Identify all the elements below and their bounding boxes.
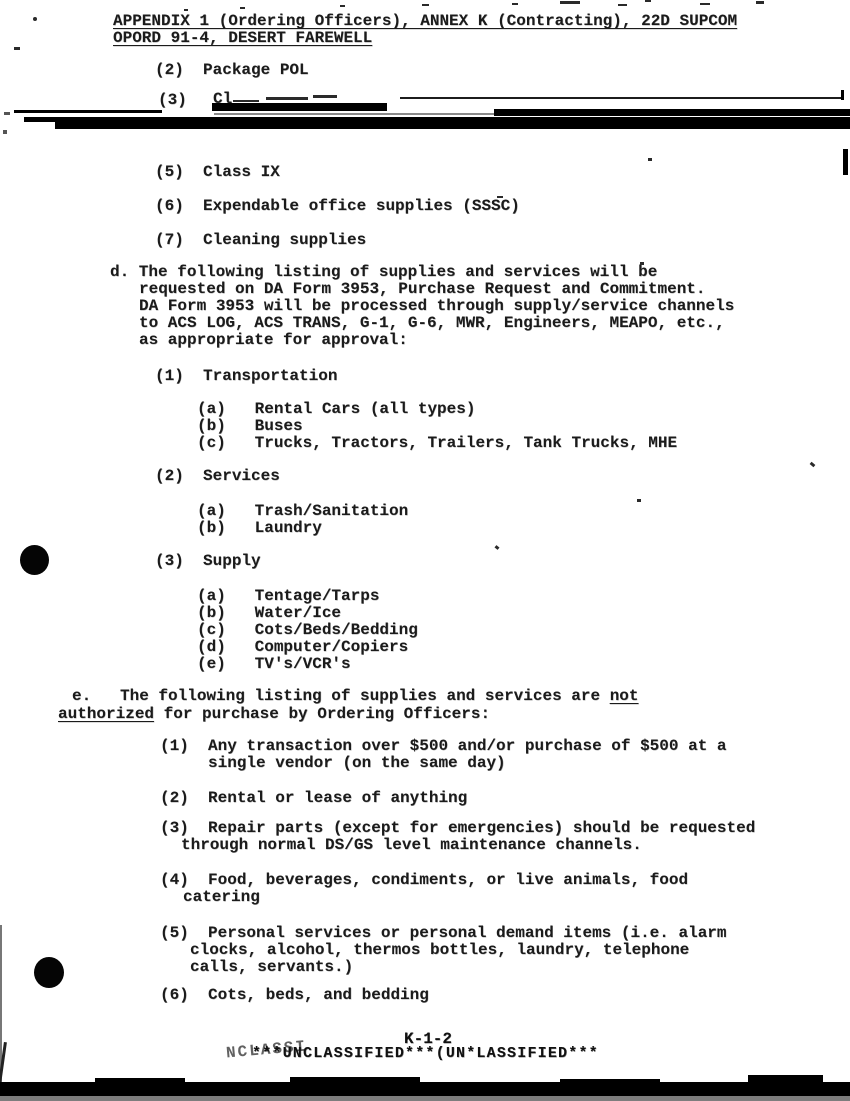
list-item-6-office-supplies: (6) Expendable office supplies (SSSC) <box>155 198 520 215</box>
scan-bottom-bar <box>0 1082 850 1097</box>
scan-speck <box>33 17 37 21</box>
scan-speck <box>512 3 518 5</box>
e-item-1-line-1: (1) Any transaction over $500 and/or pur… <box>160 738 727 755</box>
d-item-3a-tentage: (a) Tentage/Tarps <box>197 588 379 605</box>
appendix-header-line-2: OPORD 91-4, DESERT FAREWELL <box>113 30 372 47</box>
d-item-3e-tvs-vcrs: (e) TV's/VCR's <box>197 656 351 673</box>
scan-speck <box>648 158 652 161</box>
scan-speck <box>756 1 764 4</box>
scan-scribble-dash <box>233 100 259 102</box>
redaction-bar <box>212 103 387 111</box>
hole-punch-mark <box>34 957 64 988</box>
e-item-3-line-2: through normal DS/GS level maintenance c… <box>181 837 642 854</box>
scan-speck <box>560 1 580 4</box>
scan-mark <box>843 149 848 175</box>
scan-bottom-bar <box>748 1075 823 1082</box>
d-item-2a-trash: (a) Trash/Sanitation <box>197 503 408 520</box>
e-item-6-cots-beds: (6) Cots, beds, and bedding <box>160 987 429 1004</box>
para-d-line-2: requested on DA Form 3953, Purchase Requ… <box>139 281 706 298</box>
scan-speck <box>422 4 429 6</box>
d-item-3b-water-ice: (b) Water/Ice <box>197 605 341 622</box>
unclassified-stamp: ***UNCLASSIFIED***(UN*LASSIFIED*** <box>252 1046 599 1062</box>
scan-speck <box>240 7 245 9</box>
scan-scribble-dash <box>266 97 308 100</box>
redaction-bar <box>14 110 162 113</box>
scan-speck <box>4 112 10 115</box>
para-e-line-2: authorized for purchase by Ordering Offi… <box>58 706 490 723</box>
scan-speck <box>645 0 651 2</box>
scan-fold-line <box>214 113 532 115</box>
scan-mark <box>841 90 844 100</box>
para-e-line-1: e. The following listing of supplies and… <box>72 688 639 705</box>
scan-fold-line <box>400 97 842 99</box>
redaction-bar <box>55 121 850 129</box>
scan-speck <box>810 462 816 468</box>
d-item-3d-computers: (d) Computer/Copiers <box>197 639 408 656</box>
e-item-4-line-2: catering <box>183 889 260 906</box>
list-item-2-package-pol: (2) Package POL <box>155 62 309 79</box>
scanned-document-page: APPENDIX 1 (Ordering Officers), ANNEX K … <box>0 0 850 1101</box>
para-e-not-underlined: not <box>610 687 639 705</box>
para-d-line-5: as appropriate for approval: <box>139 332 408 349</box>
scan-speck <box>14 47 20 50</box>
scan-speck <box>700 3 710 5</box>
e-item-5-line-3: calls, servants.) <box>190 959 353 976</box>
scan-speck <box>637 499 641 502</box>
para-d-line-1: d. The following listing of supplies and… <box>110 264 657 281</box>
para-d-line-3: DA Form 3953 will be processed through s… <box>139 298 734 315</box>
d-item-1c-trucks: (c) Trucks, Tractors, Trailers, Tank Tru… <box>197 435 677 452</box>
list-item-7-cleaning-supplies: (7) Cleaning supplies <box>155 232 366 249</box>
d-item-2-services: (2) Services <box>155 468 280 485</box>
d-item-1a-rental-cars: (a) Rental Cars (all types) <box>197 401 475 418</box>
scan-bottom-edge <box>0 1096 850 1101</box>
scan-speck <box>3 130 7 134</box>
para-d-line-4: to ACS LOG, ACS TRANS, G-1, G-6, MWR, En… <box>139 315 725 332</box>
redaction-bar <box>494 109 850 116</box>
para-e-line-1-text: e. The following listing of supplies and… <box>72 687 610 705</box>
list-item-3-garbled: (3) <box>158 92 187 109</box>
para-e-authorized-underlined: authorized <box>58 705 154 723</box>
d-item-1b-buses: (b) Buses <box>197 418 303 435</box>
para-e-line-2-text: for purchase by Ordering Officers: <box>154 705 490 723</box>
e-item-2-rental: (2) Rental or lease of anything <box>160 790 467 807</box>
hole-punch-mark <box>20 545 49 575</box>
d-item-2b-laundry: (b) Laundry <box>197 520 322 537</box>
scan-speck <box>618 4 627 6</box>
e-item-3-line-1: (3) Repair parts (except for emergencies… <box>160 820 755 837</box>
scan-speck <box>340 5 345 7</box>
e-item-5-line-1: (5) Personal services or personal demand… <box>160 925 727 942</box>
scan-speck <box>184 9 188 11</box>
scan-speck <box>497 196 503 198</box>
e-item-4-line-1: (4) Food, beverages, condiments, or live… <box>160 872 688 889</box>
appendix-header-line-1: APPENDIX 1 (Ordering Officers), ANNEX K … <box>113 13 737 30</box>
d-item-3c-cots: (c) Cots/Beds/Bedding <box>197 622 418 639</box>
scan-scribble-dash <box>313 95 337 98</box>
e-item-1-line-2: single vendor (on the same day) <box>208 755 506 772</box>
e-item-5-line-2: clocks, alcohol, thermos bottles, laundr… <box>190 942 689 959</box>
scan-speck <box>640 262 644 265</box>
scan-speck <box>495 545 500 550</box>
d-item-3-supply: (3) Supply <box>155 553 261 570</box>
d-item-1-transportation: (1) Transportation <box>155 368 337 385</box>
list-item-5-class-ix: (5) Class IX <box>155 164 280 181</box>
